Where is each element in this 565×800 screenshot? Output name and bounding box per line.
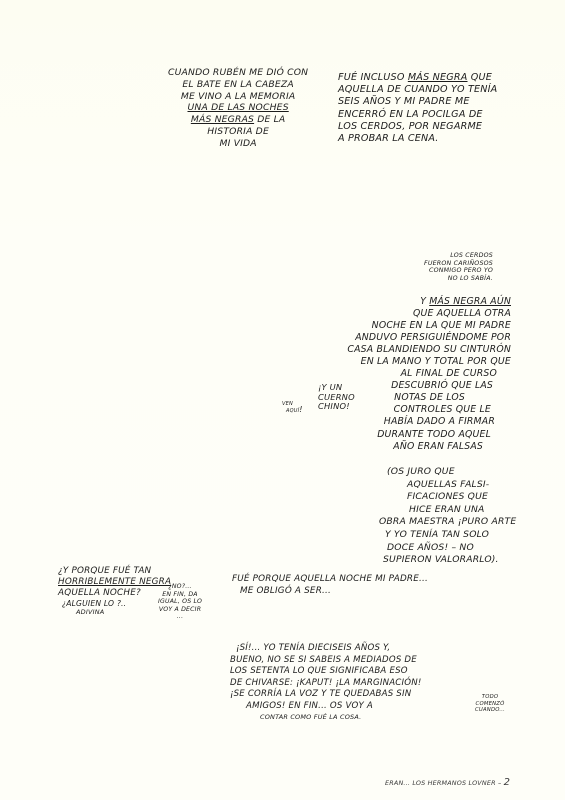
text-line: aquí! bbox=[282, 407, 303, 414]
text-line: ¿Alguien lo ?.. bbox=[58, 599, 171, 608]
text-line: ficaciones que bbox=[375, 491, 515, 504]
text-word: aquí bbox=[286, 408, 299, 414]
text-line: igual, os lo bbox=[158, 598, 202, 606]
text-line: comenzó bbox=[475, 701, 505, 708]
text-line: no lo sabía. bbox=[424, 275, 493, 283]
page-number: 2 bbox=[504, 777, 511, 788]
text-line: año eran falsas bbox=[333, 441, 511, 453]
text-line: ¿No?... bbox=[158, 583, 202, 591]
text-line: Todo bbox=[475, 694, 505, 701]
text-line: mi vida bbox=[168, 138, 308, 150]
text-line: obra maestra ¡puro arte bbox=[375, 516, 515, 529]
text-line: conmigo pero yo bbox=[424, 267, 493, 275]
text-line: en la mano y total por que bbox=[333, 356, 511, 368]
underlined-phrase: más negra aún bbox=[429, 296, 511, 307]
no-aside-note: ¿No?... En fin, da igual, os lo voy a de… bbox=[158, 583, 202, 621]
text-line: notas de los bbox=[333, 392, 511, 404]
text-line: ¡Sí!... yo tenía dieciseis años y, bbox=[230, 643, 421, 655]
text-line: contar como fué la cosa. bbox=[230, 713, 421, 721]
text-line: más negras de la bbox=[168, 114, 308, 126]
text-line: ... bbox=[158, 613, 202, 621]
text-line: supieron valorarlo). bbox=[375, 554, 515, 567]
answer-text-block: Fué porque aquella noche mi padre... me … bbox=[232, 573, 428, 597]
pigs-aside-note: Los cerdos fueron cariñosos conmigo pero… bbox=[424, 252, 493, 282]
text-line: aquella de cuando yo tenía bbox=[338, 84, 497, 96]
exclamation-mark: ! bbox=[299, 405, 302, 414]
text-line: fueron cariñosos bbox=[424, 260, 493, 268]
text-line: durante todo aquel bbox=[333, 429, 511, 441]
text-line: Los cerdos bbox=[424, 252, 493, 260]
underlined-phrase: más negras bbox=[191, 114, 254, 125]
text-line: bueno, no se si sabeis a mediados de bbox=[230, 655, 421, 667]
text-line: seis años y mi padre me bbox=[338, 96, 497, 108]
manuscript-page: Cuando Rubén me dió con el bate en la ca… bbox=[0, 0, 565, 800]
text-line: noche en la que mi padre bbox=[333, 320, 511, 332]
it-began-note: Todo comenzó cuando... bbox=[475, 694, 505, 714]
text-line: a probar la cena. bbox=[338, 133, 497, 145]
darker-night-text-block: Fué incluso más negra que aquella de cua… bbox=[338, 72, 497, 145]
question-text-block: ¿Y porque fué tan horriblemente negra aq… bbox=[58, 566, 171, 616]
text-line: chino! bbox=[318, 402, 355, 412]
text-line: ¿Y porque fué tan bbox=[58, 566, 171, 577]
text-line: Fué porque aquella noche mi padre... bbox=[232, 573, 428, 585]
text-line: encerró en la pocilga de bbox=[338, 109, 497, 121]
text-line: aquellas falsi- bbox=[375, 479, 515, 492]
text-line: voy a decir bbox=[158, 606, 202, 614]
text-line: los setenta lo que significaba eso bbox=[230, 666, 421, 678]
text-line: anduvo persiguiéndome por bbox=[333, 332, 511, 344]
text-line: adivina bbox=[58, 608, 171, 616]
text-line: Fué incluso más negra que bbox=[338, 72, 497, 84]
forgeries-parenthetical: (Os juro que aquellas falsi- ficaciones … bbox=[375, 466, 515, 567]
text-line-underlined: horriblemente negra bbox=[58, 577, 171, 588]
text-line: que aquella otra bbox=[333, 308, 511, 320]
text-line: me vino a la memoria bbox=[168, 91, 308, 103]
text-line: Y más negra aún bbox=[333, 296, 511, 308]
text-line: En fin, da bbox=[158, 591, 202, 599]
sixteen-years-text-block: ¡Sí!... yo tenía dieciseis años y, bueno… bbox=[230, 643, 421, 721]
text-line: ¡Se corría la voz y te quedabas sin bbox=[230, 689, 421, 701]
text-line-underlined: una de las noches bbox=[168, 102, 308, 114]
text-line: Cuando Rubén me dió con bbox=[168, 67, 308, 79]
text-line: había dado a firmar bbox=[333, 416, 511, 428]
text-line: y yo tenía tan solo bbox=[375, 529, 515, 542]
text-line: de chivarse: ¡Kaput! ¡La marginación! bbox=[230, 678, 421, 690]
text-line: los cerdos, por negarme bbox=[338, 121, 497, 133]
text-line: al final de curso bbox=[333, 368, 511, 380]
underlined-phrase: más negra bbox=[408, 72, 468, 83]
ven-aqui-shout: Ven aquí! bbox=[282, 402, 303, 415]
text-line: historia de bbox=[168, 126, 308, 138]
text-line: casa blandiendo su cinturón bbox=[333, 344, 511, 356]
text-line: amigos! En fin... os voy a bbox=[230, 701, 421, 713]
text-line: aquella noche? bbox=[58, 588, 171, 599]
belt-story-text-block: Y más negra aún que aquella otra noche e… bbox=[333, 296, 511, 453]
text-line: (Os juro que bbox=[375, 466, 515, 479]
text-line: el bate en la cabeza bbox=[168, 79, 308, 91]
page-footer: Eran... Los hermanos Lovner – 2 bbox=[385, 779, 510, 787]
text-line: descubrió que las bbox=[333, 380, 511, 392]
cuerno-chino-exclamation: ¡Y un cuerno chino! bbox=[318, 383, 355, 412]
text-line: hice eran una bbox=[375, 504, 515, 517]
text-line: doce años! – no bbox=[375, 542, 515, 555]
footer-title: Eran... Los hermanos Lovner – bbox=[385, 779, 501, 787]
text-line: me obligó a ser... bbox=[232, 585, 428, 597]
text-line: controles que le bbox=[333, 404, 511, 416]
intro-text-block: Cuando Rubén me dió con el bate en la ca… bbox=[168, 67, 308, 150]
text-line: cuando... bbox=[475, 707, 505, 714]
